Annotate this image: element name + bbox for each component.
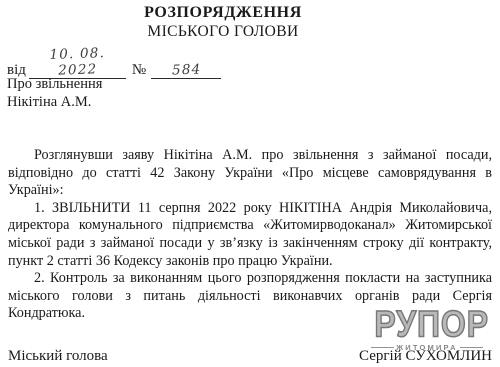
watermark-divider <box>371 347 394 348</box>
number-underline: 584 <box>151 61 221 79</box>
document-body: Розглянувши заяву Нікітіна А.М. про звіл… <box>8 147 492 323</box>
rupor-zhytomyra-watermark-logo: РУПОР ЖИТОМИРА <box>371 311 483 352</box>
document-header: РОЗПОРЯДЖЕННЯ МІСЬКОГО ГОЛОВИ <box>0 3 446 40</box>
date-number-row: від 10. 08. 2022 № 584 <box>7 45 221 79</box>
number-handwritten-value: 584 <box>171 61 201 78</box>
document-page: РОЗПОРЯДЖЕННЯ МІСЬКОГО ГОЛОВИ від 10. 08… <box>0 0 500 367</box>
signature-role: Міський голова <box>8 348 108 365</box>
subject-line-1: Про звільнення <box>7 76 102 94</box>
subject-line-2: Нікітіна А.М. <box>7 94 102 112</box>
document-title: РОЗПОРЯДЖЕННЯ <box>0 3 446 23</box>
subject-block: Про звільнення Нікітіна А.М. <box>7 76 102 111</box>
date-handwritten-value: 10. 08. 2022 <box>28 44 126 79</box>
document-subtitle: МІСЬКОГО ГОЛОВИ <box>0 23 446 40</box>
body-paragraph: 1. ЗВІЛЬНИТИ 11 серпня 2022 року НІКІТІН… <box>8 200 492 270</box>
date-underline: 10. 08. 2022 <box>29 45 126 79</box>
watermark-divider <box>460 347 483 348</box>
watermark-title: РУПОР <box>374 309 479 342</box>
number-symbol: № <box>132 62 146 79</box>
body-paragraph: Розглянувши заяву Нікітіна А.М. про звіл… <box>8 147 492 200</box>
